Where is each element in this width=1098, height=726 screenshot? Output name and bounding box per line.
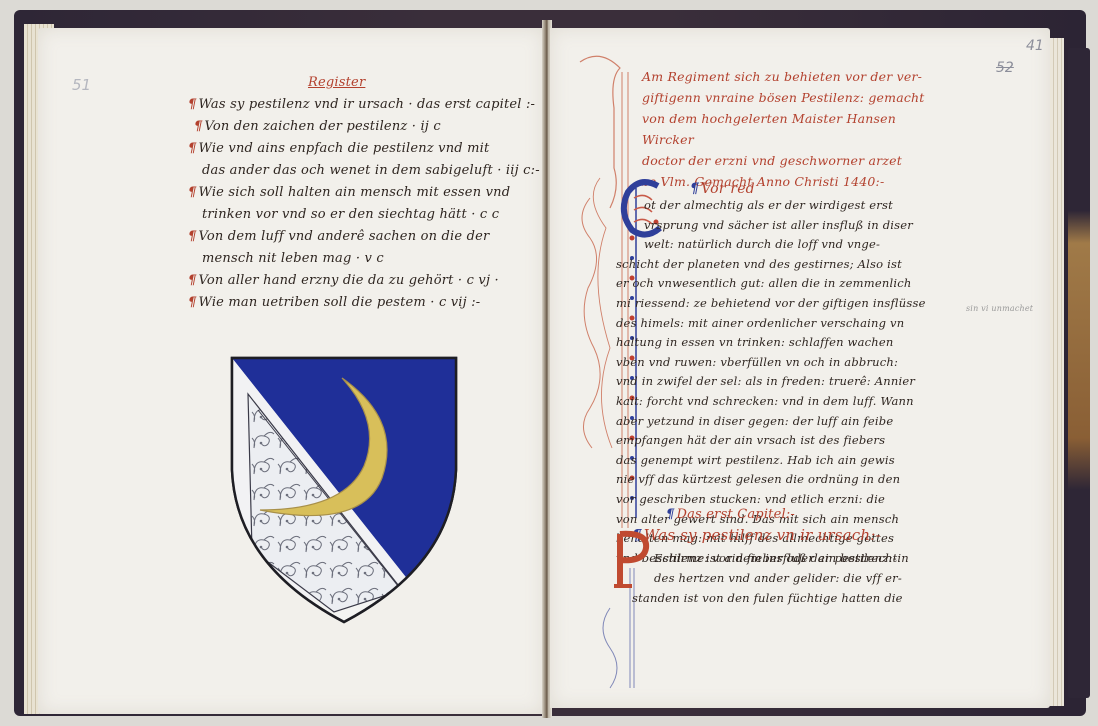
folio-number-struck: 52 [996,60,1014,76]
treatise-title-rubric: Am Regiment sich zu behieten vor der ver… [642,66,942,192]
register-entry: ¶Was sy pestilenz vnd ir ursach · das er… [188,94,538,116]
folio-number-right: 41 [1026,38,1044,54]
register-entry: ¶Wie sich soll halten ain mensch mit ess… [188,182,538,204]
register-entry-continuation: mensch nit leben mag · v c [188,248,538,270]
register-entry: ¶Wie vnd ains enpfach die pestilenz vnd … [188,138,538,160]
pilcrow-icon: ¶ [194,119,202,134]
pilcrow-icon: ¶ [188,229,196,244]
binding-edge-right [1068,48,1090,698]
register-entry: ¶Von aller hand erzny die da zu gehört ·… [188,270,538,292]
folio-number-left: 51 [72,76,91,94]
register-entry-continuation: das ander das och wenet in dem sabigeluf… [188,160,538,182]
pilcrow-icon: ¶ [188,141,196,156]
pilcrow-icon: ¶ [666,507,674,522]
chapter-heading: ¶Das erst Capitel:- [666,504,795,526]
right-page: 41 52 Am Regiment sich zu behi [550,28,1050,708]
left-page: 51 Register ¶Was sy pestilenz vnd ir urs… [38,28,544,714]
pilcrow-icon: ¶ [188,295,196,310]
register-entry-continuation: trinken vor vnd so er den siechtag hätt … [188,204,538,226]
chapter-subheading: ¶Was sy pestilenz vn ir ursach:- [632,524,881,546]
register-title: Register [188,72,538,94]
register-entry: ¶Von dem luff vnd anderê sachen on die d… [188,226,538,248]
pilcrow-icon: ¶ [188,185,196,200]
pilcrow-icon: ¶ [690,181,699,197]
marginal-note: sin vi unmachet [966,298,1033,320]
register-entry: ¶Von den zaichen der pestilenz · ij c [188,116,538,138]
register-table-of-contents: Register ¶Was sy pestilenz vnd ir ursach… [188,72,538,314]
pilcrow-icon: ¶ [188,97,196,112]
register-entry: ¶Wie man uetriben soll die pestem · c vi… [188,292,538,314]
pilcrow-icon: ¶ [188,273,196,288]
open-manuscript: 51 Register ¶Was sy pestilenz vnd ir urs… [10,8,1090,720]
chapter-body-text: Estilenz ist ain fieber oder ain bestrec… [632,548,972,608]
coat-of-arms-shield-icon [224,350,464,630]
